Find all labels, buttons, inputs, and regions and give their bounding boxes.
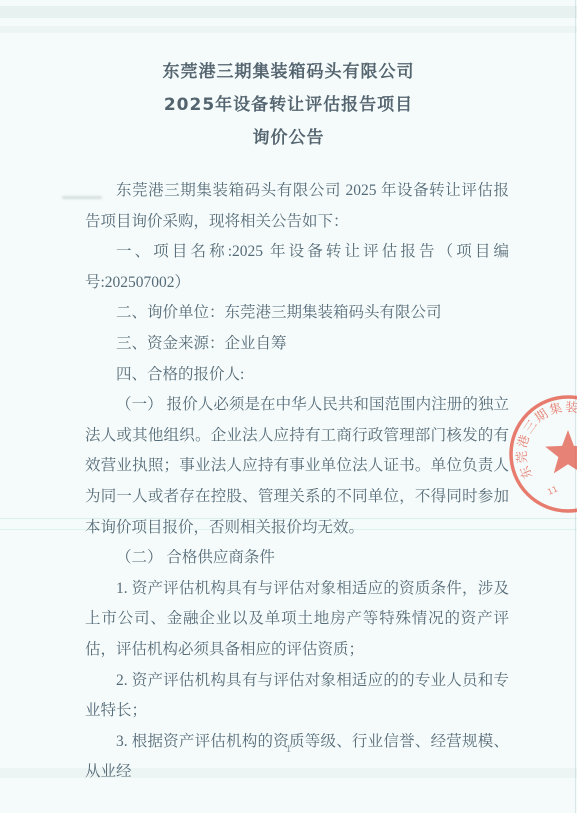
document-title: 东莞港三期集装箱码头有限公司 2025年设备转让评估报告项目 询价公告	[0, 56, 577, 155]
page-number: 1	[0, 743, 577, 755]
scanned-document-page: 东莞港三期集装箱码头有限公司 2025年设备转让评估报告项目 询价公告 东莞港三…	[0, 0, 577, 813]
seal-ring	[511, 397, 577, 511]
seal-star-icon	[545, 430, 577, 473]
paragraph-supplier-conditions-heading: （二） 合格供应商条件	[85, 543, 509, 574]
paragraph-bidder-requirement: （一） 报价人必须是在中华人民共和国范围内注册的独立法人或其他组织。企业法人应持…	[85, 390, 509, 543]
scan-streak	[0, 6, 577, 18]
title-line-announcement: 询价公告	[0, 122, 577, 155]
paragraph-condition-3-partial: 3. 根据资产评估机构的资质等级、行业信誉、经营规模、从业经	[85, 727, 509, 788]
scan-streak	[0, 26, 577, 33]
paragraph-inquiry-unit: 二、询价单位：东莞港三期集装箱码头有限公司	[85, 298, 509, 329]
title-line-company: 东莞港三期集装箱码头有限公司	[0, 56, 577, 89]
paragraph-condition-2: 2. 资产评估机构具有与评估对象相适应的的专业人员和专业特长；	[85, 666, 509, 727]
paragraph-project-name: 一、项目名称:2025 年设备转让评估报告（项目编号:202507002）	[85, 237, 509, 298]
title-line-project: 2025年设备转让评估报告项目	[0, 89, 577, 122]
paragraph-funding-source: 三、资金来源：企业自筹	[85, 329, 509, 360]
paragraph-qualified-bidders: 四、合格的报价人:	[85, 360, 509, 391]
paragraph-condition-1: 1. 资产评估机构具有与评估对象相适应的资质条件，涉及上市公司、金融企业以及单项…	[85, 574, 509, 666]
document-body: 东莞港三期集装箱码头有限公司 2025 年设备转让评估报告项目询价采购，现将相关…	[85, 176, 509, 788]
paragraph-intro: 东莞港三期集装箱码头有限公司 2025 年设备转让评估报告项目询价采购，现将相关…	[85, 176, 509, 237]
seal-code: 11	[546, 484, 559, 496]
